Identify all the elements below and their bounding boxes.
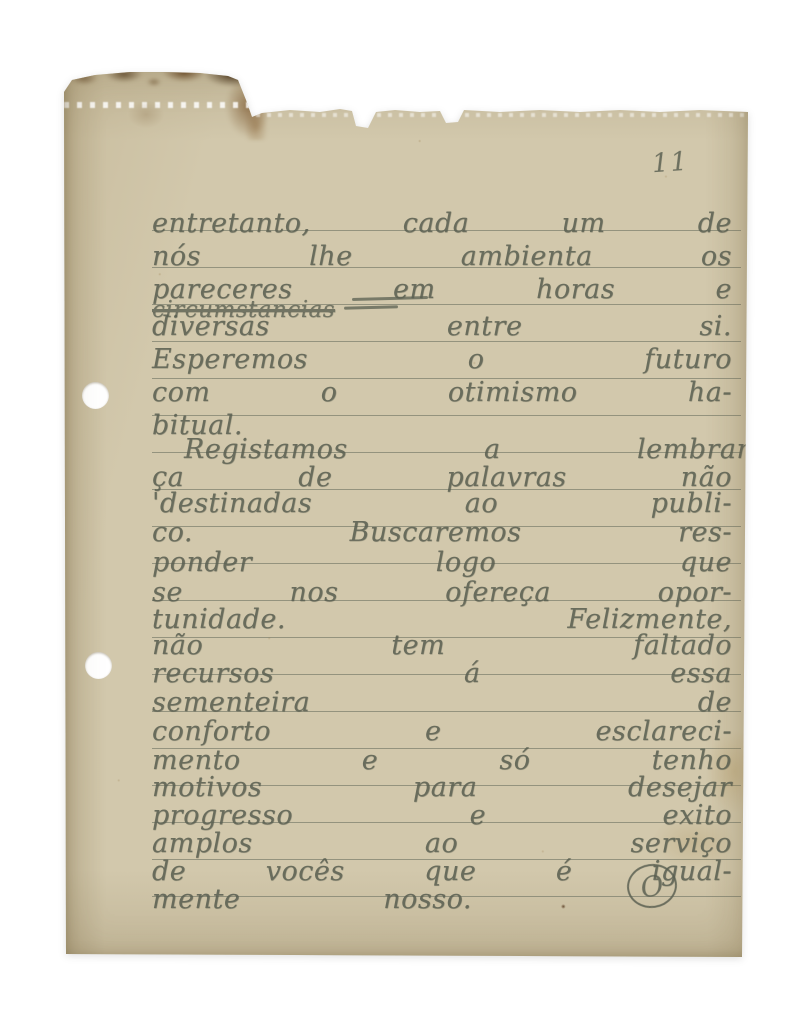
manuscript-row: ponder logo que: [152, 547, 732, 579]
manuscript-row: nós lhe ambienta os: [152, 241, 732, 273]
paper-sheet: 11 entretanto, cada um denós lhe ambient…: [64, 70, 748, 958]
manuscript-row: diversas entre si.: [152, 311, 732, 343]
manuscript-row: conforto e esclareci-: [152, 716, 732, 748]
manuscript-page: 11 entretanto, cada um denós lhe ambient…: [0, 0, 807, 1024]
manuscript-row: 'destinadas ao publi-: [152, 488, 732, 520]
punch-hole-bottom: [85, 652, 112, 679]
manuscript-text: entretanto, cada um denós lhe ambienta o…: [152, 70, 732, 958]
manuscript-row: sementeira de: [152, 687, 732, 719]
manuscript-row: Esperemos o futuro: [152, 344, 732, 376]
scan-background: 11 entretanto, cada um denós lhe ambient…: [0, 0, 807, 1024]
manuscript-row: recursos á essa: [152, 658, 732, 690]
manuscript-row: com o otimismo ha-: [152, 377, 732, 409]
manuscript-row: co. Buscaremos res-: [152, 517, 732, 549]
punch-hole-top: [82, 382, 109, 409]
manuscript-row: mente nosso.: [152, 884, 472, 916]
manuscript-row: entretanto, cada um de: [152, 208, 732, 240]
